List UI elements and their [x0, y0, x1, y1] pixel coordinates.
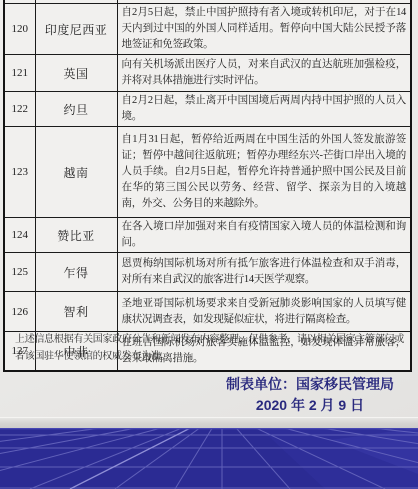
restriction-description: 自1月31日起，暂停给近两周在中国生活的外国人签发旅游签证；暂停中越间往返航班；… [117, 127, 411, 218]
row-number: 120 [4, 4, 35, 55]
country-name: 印度尼西亚 [35, 4, 117, 55]
credit-block: 制表单位：国家移民管理局 2020 年 2 月 9 日 [208, 374, 412, 416]
row-number: 122 [4, 92, 35, 127]
table-row: 122 约旦 自2月2日起，禁止离开中国国境后两周内持中国护照的人员入境。 [4, 92, 411, 127]
table-row: 120 印度尼西亚 自2月5日起，禁止中国护照持有者入境或转机印尼，对于在14天… [4, 4, 411, 55]
footer-decoration [0, 428, 418, 489]
row-number: 121 [4, 55, 35, 92]
table-row: 124 赞比亚 在各入境口岸加强对来自有疫情国家入境人员的体温检测和询问。 [4, 218, 411, 253]
country-name: 英国 [35, 55, 117, 92]
travel-restrictions-table: 120 印度尼西亚 自2月5日起，禁止中国护照持有者入境或转机印尼，对于在14天… [3, 0, 412, 372]
country-name: 越南 [35, 127, 117, 218]
country-name: 智利 [35, 292, 117, 332]
restriction-description: 自2月2日起，禁止离开中国国境后两周内持中国护照的人员入境。 [117, 92, 411, 127]
table-row: 125 乍得 恩贾梅纳国际机场对所有抵乍旅客进行体温检查和双手消毒，对所有来自武… [4, 253, 411, 292]
row-number: 124 [4, 218, 35, 253]
restriction-description: 恩贾梅纳国际机场对所有抵乍旅客进行体温检查和双手消毒，对所有来自武汉的旅客进行1… [117, 253, 411, 292]
row-number: 126 [4, 292, 35, 332]
restriction-description: 向有关机场派出医疗人员，对来自武汉的直达航班加强检疫，并将对具体措施进行实时评估… [117, 55, 411, 92]
table-row: 126 智利 圣地亚哥国际机场要求来自受新冠肺炎影响国家的人员填写健康状况调查表… [4, 292, 411, 332]
restriction-description: 圣地亚哥国际机场要求来自受新冠肺炎影响国家的人员填写健康状况调查表，如发现疑似症… [117, 292, 411, 332]
row-number: 125 [4, 253, 35, 292]
country-name: 赞比亚 [35, 218, 117, 253]
row-number: 123 [4, 127, 35, 218]
footnote-text: 上述信息根据有关国家政府公告和新闻发布内容整理，仅供参考，请以相关国家主管部门或… [15, 331, 404, 365]
table-row: 121 英国 向有关机场派出医疗人员，对来自武汉的直达航班加强检疫，并将对具体措… [4, 55, 411, 92]
restriction-description: 自2月5日起，禁止中国护照持有者入境或转机印尼，对于在14天内到过中国的外国人同… [117, 4, 411, 55]
restriction-description: 在各入境口岸加强对来自有疫情国家入境人员的体温检测和询问。 [117, 218, 411, 253]
table-row: 123 越南 自1月31日起，暂停给近两周在中国生活的外国人签发旅游签证；暂停中… [4, 127, 411, 218]
country-name: 约旦 [35, 92, 117, 127]
country-name: 乍得 [35, 253, 117, 292]
credit-date: 2020 年 2 月 9 日 [208, 395, 412, 416]
credit-unit: 制表单位：国家移民管理局 [208, 374, 412, 395]
